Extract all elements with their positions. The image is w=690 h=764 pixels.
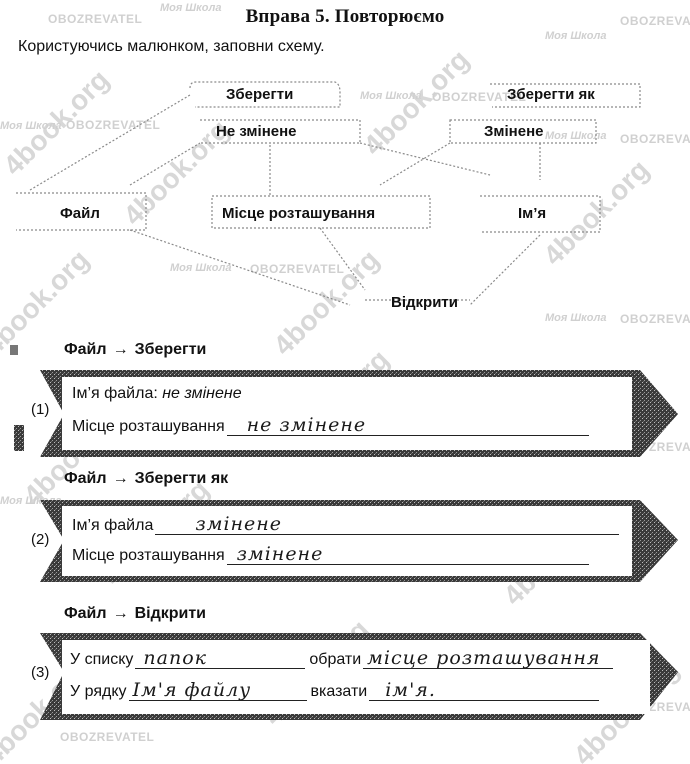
- section-2-line-1: Ім’я файла змінене: [72, 514, 619, 535]
- heading-to: Зберегти: [135, 341, 207, 358]
- section-2-heading: Файл→Зберегти як: [64, 470, 228, 488]
- row-answer: Ім'я файлу: [133, 679, 252, 701]
- section-1-line-1: Ім’я файла: не змінене: [72, 385, 242, 403]
- location-label: Місце розташування: [72, 418, 225, 436]
- list-answer-field[interactable]: папок: [135, 648, 305, 669]
- filename-label: Ім’я файла:: [72, 385, 158, 403]
- location-answer: не змінене: [247, 414, 367, 436]
- location-answer-field[interactable]: не змінене: [227, 415, 589, 436]
- choose-answer-field[interactable]: місце розташування: [363, 648, 613, 669]
- section-3-line-2: У рядку Ім'я файлу вказати ім'я.: [70, 680, 599, 701]
- section-2-number: (2): [31, 531, 49, 548]
- section-1-number: (1): [31, 401, 49, 418]
- row-label: У рядку: [70, 683, 127, 701]
- list-answer: папок: [143, 647, 207, 669]
- section-2-line-2: Місце розташування змінене: [72, 544, 589, 565]
- location-answer-field[interactable]: змінене: [227, 544, 589, 565]
- filename-value: не змінене: [162, 385, 241, 403]
- section-3-heading: Файл→Відкрити: [64, 605, 206, 623]
- specify-answer: ім'я.: [385, 679, 436, 701]
- heading-from: Файл: [64, 341, 107, 358]
- filename-answer: змінене: [195, 513, 282, 535]
- choose-label: обрати: [309, 651, 361, 669]
- heading-from: Файл: [64, 605, 107, 622]
- arrow-right-icon: →: [113, 470, 129, 488]
- ribbon-2: [40, 500, 678, 582]
- location-answer: змінене: [237, 543, 324, 565]
- arrow-right-icon: →: [113, 341, 129, 359]
- filename-label: Ім’я файла: [72, 517, 153, 535]
- section-1-line-2: Місце розташування не змінене: [72, 415, 589, 436]
- section-3-number: (3): [31, 664, 49, 681]
- row-answer-field[interactable]: Ім'я файлу: [129, 680, 307, 701]
- arrow-right-icon: →: [113, 605, 129, 623]
- section-1-heading: Файл→Зберегти: [64, 341, 206, 359]
- heading-to: Відкрити: [135, 605, 206, 622]
- specify-label: вказати: [311, 683, 368, 701]
- section-3-line-1: У списку папок обрати місце розташування: [70, 648, 613, 669]
- list-label: У списку: [70, 651, 133, 669]
- heading-from: Файл: [64, 470, 107, 487]
- filename-answer-field[interactable]: змінене: [155, 514, 619, 535]
- choose-answer: місце розташування: [367, 647, 600, 669]
- specify-answer-field[interactable]: ім'я.: [369, 680, 599, 701]
- heading-to: Зберегти як: [135, 470, 229, 487]
- location-label: Місце розташування: [72, 547, 225, 565]
